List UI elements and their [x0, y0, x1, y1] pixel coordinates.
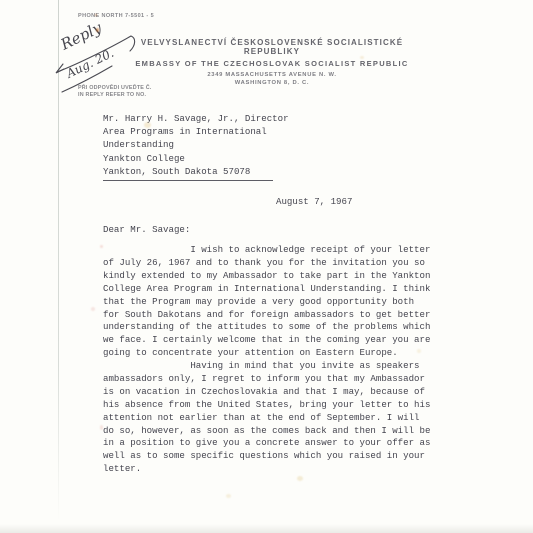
paper-stain — [297, 476, 303, 481]
recipient-name: Mr. Harry H. Savage, Jr., Director — [103, 112, 289, 125]
body-paragraph-1: I wish to acknowledge receipt of your le… — [103, 244, 430, 360]
embassy-street-address: 2349 MASSACHUSETTS AVENUE N. W. — [118, 72, 426, 78]
ink-speck — [95, 14, 97, 16]
paper-stain — [417, 349, 421, 353]
embassy-name-czech: VELVYSLANECTVÍ ČESKOSLOVENSKÉ SOCIALISTI… — [118, 38, 426, 56]
letter-date: August 7, 1967 — [276, 196, 352, 207]
phone-number: PHONE NORTH 7-5501 - 5 — [78, 13, 154, 19]
handwritten-reply-word: Reply — [57, 20, 105, 54]
recipient-college: Yankton College — [103, 152, 289, 165]
recipient-address: Mr. Harry H. Savage, Jr., Director Area … — [103, 112, 289, 181]
recipient-city-state: Yankton, South Dakota 57078 — [103, 165, 289, 178]
paper-stain — [360, 56, 364, 59]
paper-stain — [144, 122, 151, 128]
address-underline — [103, 180, 273, 181]
paper-stain — [91, 307, 95, 311]
reply-note-english: IN REPLY REFER TO NO. — [78, 92, 152, 99]
handwritten-date-word: Aug. 20. — [63, 46, 116, 81]
recipient-org-line2: Understanding — [103, 138, 289, 151]
recipient-org-line1: Area Programs in International — [103, 125, 289, 138]
letterhead: VELVYSLANECTVÍ ČESKOSLOVENSKÉ SOCIALISTI… — [118, 38, 426, 86]
paper-stain — [100, 245, 103, 248]
pen-stroke-arrowhead — [56, 64, 64, 73]
paper-stain — [100, 425, 103, 430]
ink-speck — [96, 28, 99, 32]
reply-reference-note: PŘI ODPOVĚDI UVEĎTE Č. IN REPLY REFER TO… — [78, 85, 152, 98]
letter-page: PHONE NORTH 7-5501 - 5 Reply Aug. 20. VE… — [0, 0, 533, 533]
body-paragraph-2: Having in mind that you invite as speake… — [103, 360, 430, 476]
reply-note-czech: PŘI ODPOVĚDI UVEĎTE Č. — [78, 85, 152, 92]
embassy-name-english: EMBASSY OF THE CZECHOSLOVAK SOCIALIST RE… — [118, 59, 426, 68]
embassy-city: WASHINGTON 8, D. C. — [118, 80, 426, 86]
page-bottom-shadow — [0, 524, 533, 533]
paper-stain — [226, 494, 231, 498]
salutation: Dear Mr. Savage: — [103, 224, 190, 235]
